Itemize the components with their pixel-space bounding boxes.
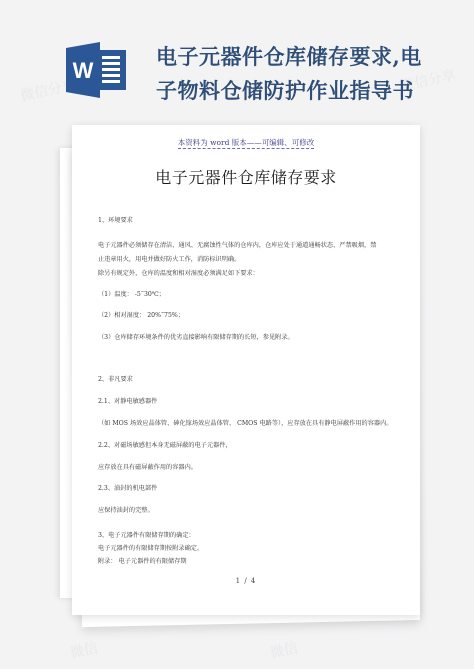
paragraph-line: 电子元器件的有限储存期按附录确定。 [98, 543, 403, 555]
watermark: 微信 [268, 637, 300, 662]
appendix-line: 附录： 电子元器件的有限储存期 [98, 556, 403, 568]
section-heading: 1、环境要求 [98, 215, 403, 227]
editable-note: 本资料为 word 版本——可编辑、可修改 [72, 137, 420, 148]
list-item: （1）温度： -5˜30℃； [98, 289, 403, 301]
subsection-heading: 2.1、对静电敏感器件 [98, 396, 403, 408]
paragraph-line: 除另有规定外，仓库的温度和相对湿度必须满足如下要求： [98, 268, 403, 280]
svg-text:W: W [73, 58, 94, 83]
document-title-heading: 电子元器件仓库储存要求,电 子物料仓储防护作业指导书 [156, 40, 456, 108]
watermark: 微信 [68, 637, 100, 662]
subsection-heading: 2.2、对磁场敏感但本身无磁屏蔽的电子元器件， [98, 440, 403, 452]
document-title: 电子元器件仓库储存要求 [72, 165, 420, 188]
title-line-1: 电子元器件仓库储存要求,电 [156, 40, 456, 74]
page-number: 1 / 4 [72, 577, 420, 585]
section-heading: 3、电子元器件有限储存期的确定： [98, 530, 403, 542]
paragraph-line: 应保持油封的完整。 [98, 505, 403, 517]
editable-note-text: 本资料为 word 版本——可编辑、可修改 [178, 138, 315, 149]
paragraph-line: 电子元器件必须储存在清洁、通风、无腐蚀性气体的仓库内，仓库应处于通道通畅状态，严… [98, 240, 403, 252]
preview-header: W 电子元器件仓库储存要求,电 子物料仓储防护作业指导书 [0, 0, 474, 120]
paragraph-line: （如 MOS 场效应晶体管、砷化镓场效应晶体管、 CMOS 电路等），应存放在具… [98, 418, 403, 430]
subsection-heading: 2.3、油封的机电部件 [98, 483, 403, 495]
section-heading: 2、非凡要求 [98, 374, 403, 386]
list-item: （3）仓库储存环境条件的优劣直接影响有限储存期的长短，参见附录。 [98, 332, 403, 344]
paragraph-line: 止违章用火，用电并做好防火工作，消防标识明确。 [98, 254, 403, 266]
paragraph-line: 应存放在具有磁屏蔽作用的容器内。 [98, 462, 403, 474]
document-page: 本资料为 word 版本——可编辑、可修改 电子元器件仓库储存要求 1、环境要求… [72, 125, 420, 615]
word-document-icon: W [66, 42, 128, 98]
list-item: （2）相对湿度： 20%˜75%； [98, 310, 403, 322]
title-line-2: 子物料仓储防护作业指导书 [156, 74, 456, 108]
preview-canvas: 微信分享 微信分享 微信 微信 W 电子元器件仓库储存要求,电 子物料仓储防护作… [0, 0, 474, 669]
